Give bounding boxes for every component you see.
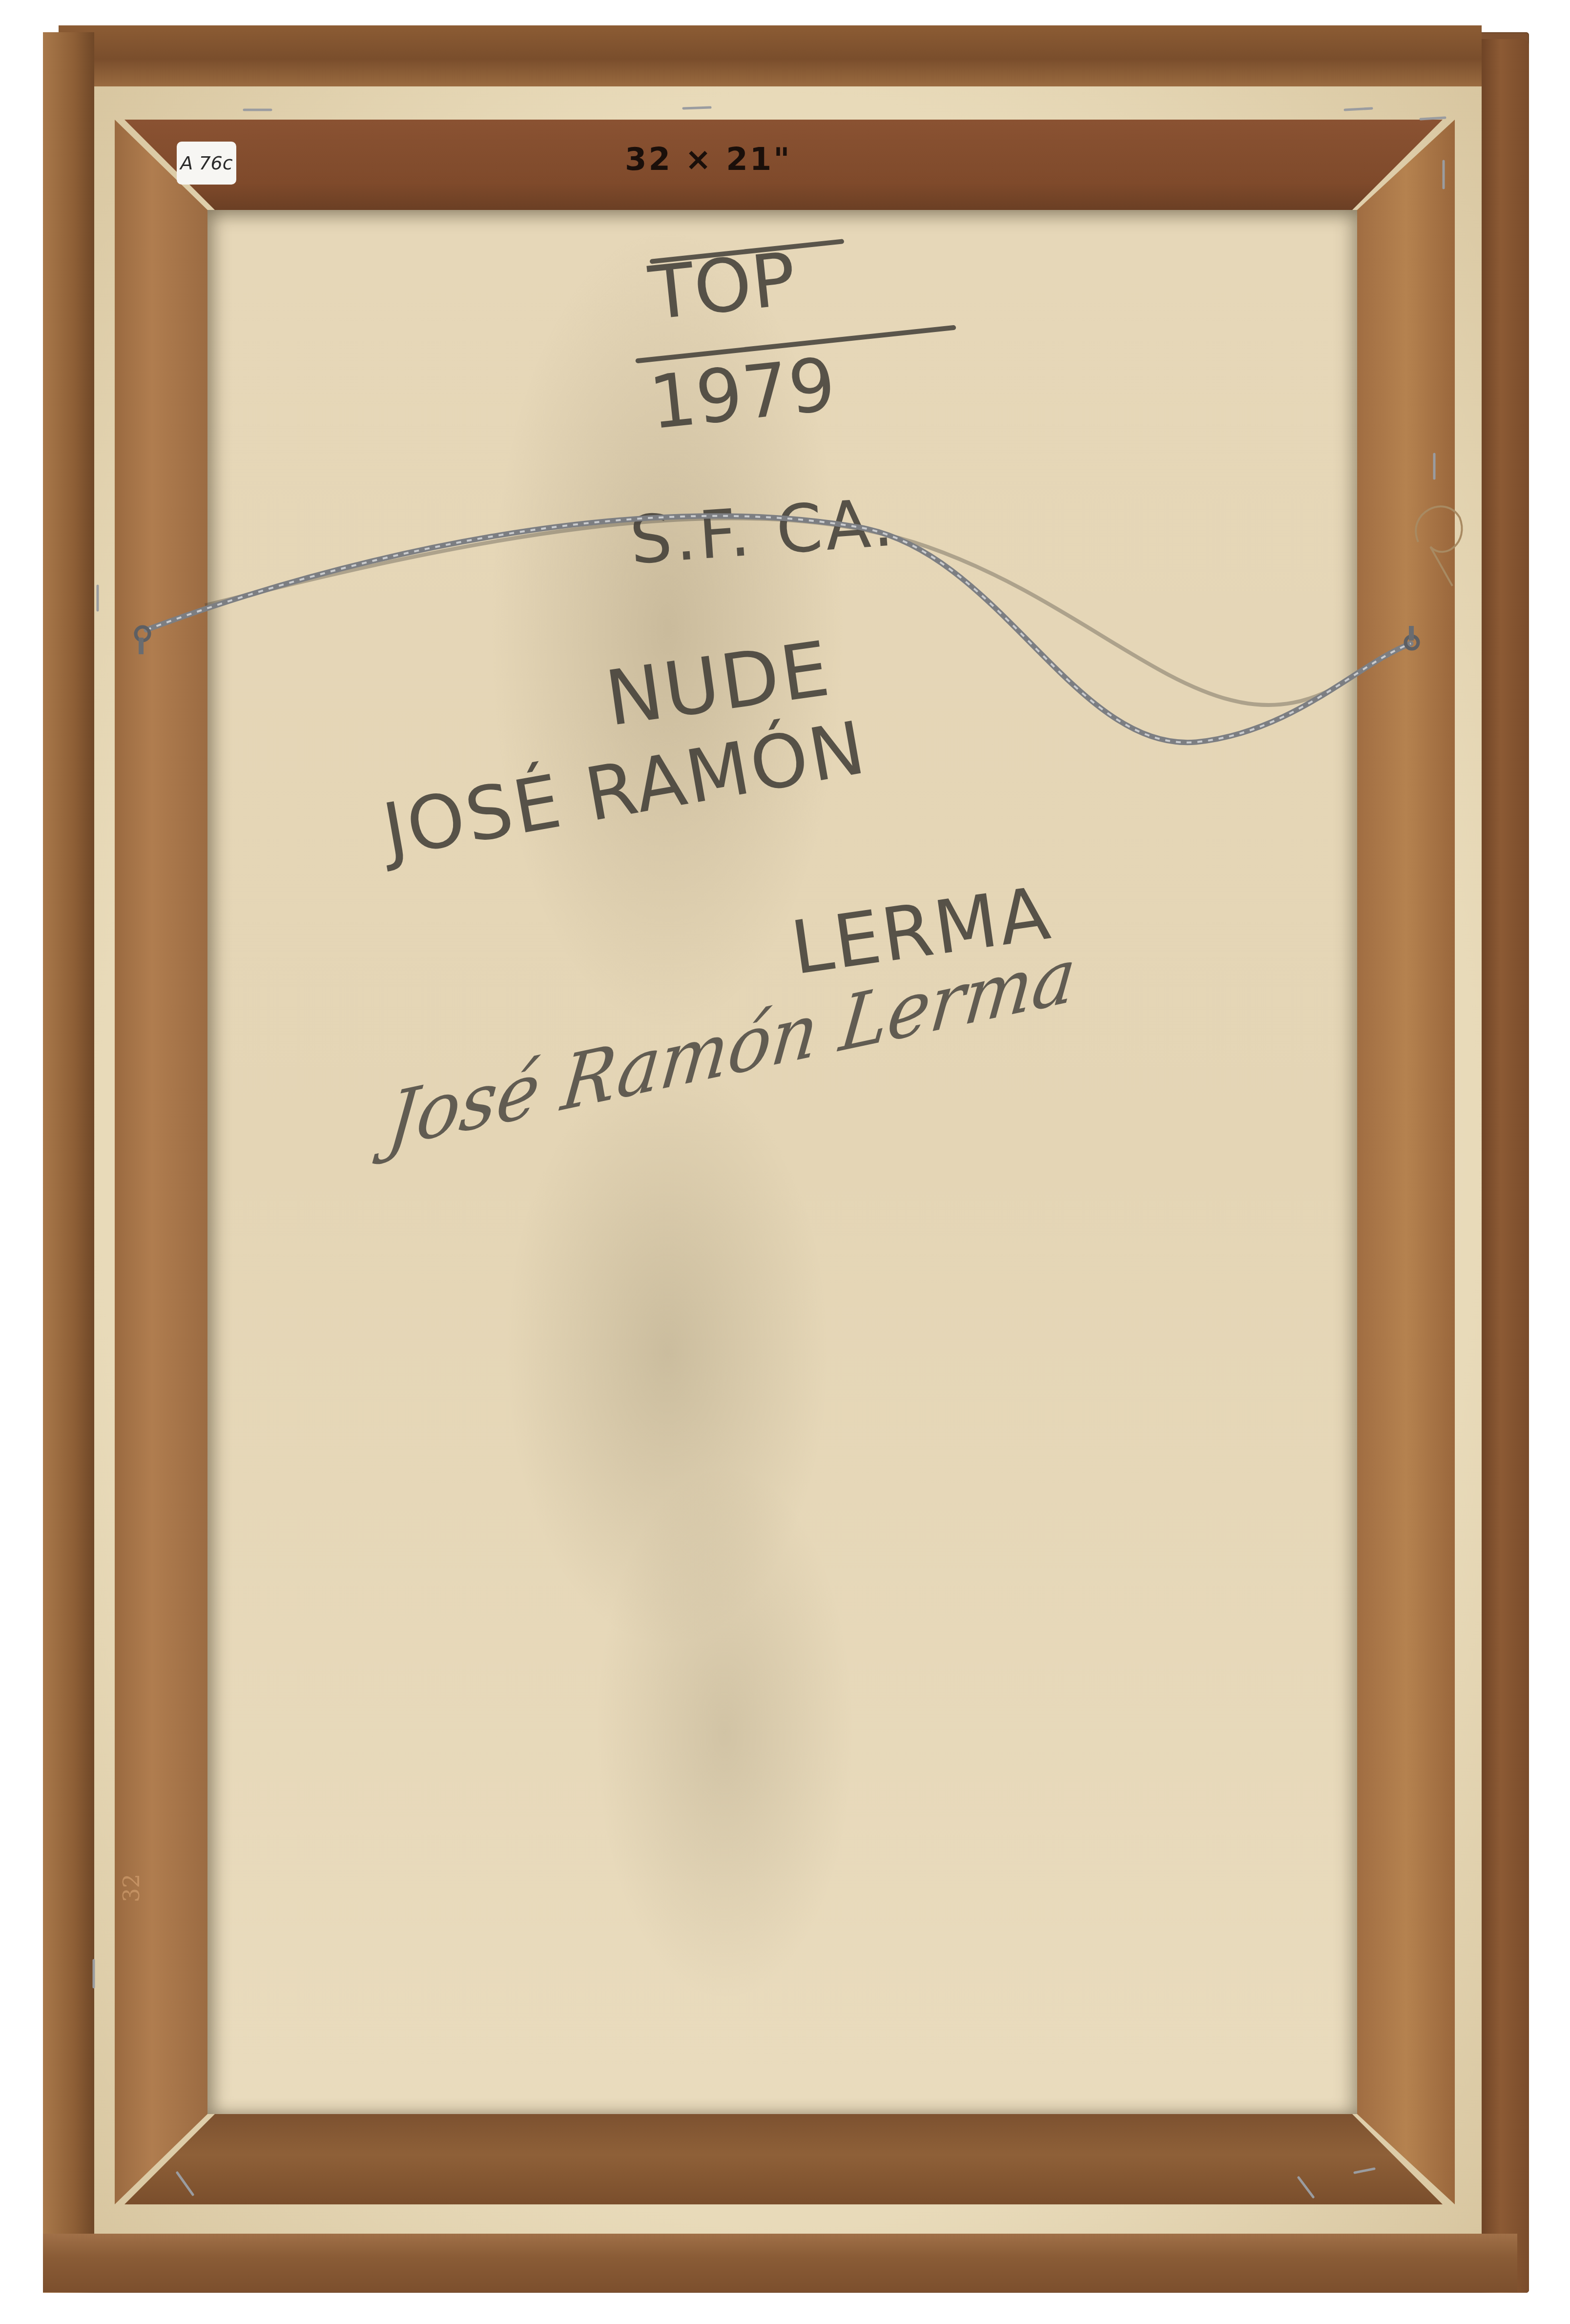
- inscription-orientation: TOP: [645, 237, 800, 336]
- frame-left-rail: [43, 32, 94, 2293]
- inventory-label-sticker: A 76c: [177, 142, 236, 185]
- stretcher-bar-right: [1357, 120, 1455, 2204]
- frame-bottom-rail: [43, 2234, 1517, 2292]
- stretcher-stamp: 32: [118, 1874, 145, 1903]
- stretcher-bar-bottom: [124, 2114, 1443, 2204]
- inventory-label-text: A 76c: [180, 152, 232, 174]
- dimensions-marking: 32 × 21": [625, 142, 859, 186]
- frame-top-rail: [59, 25, 1482, 86]
- frame-right-rail: [1482, 39, 1529, 2293]
